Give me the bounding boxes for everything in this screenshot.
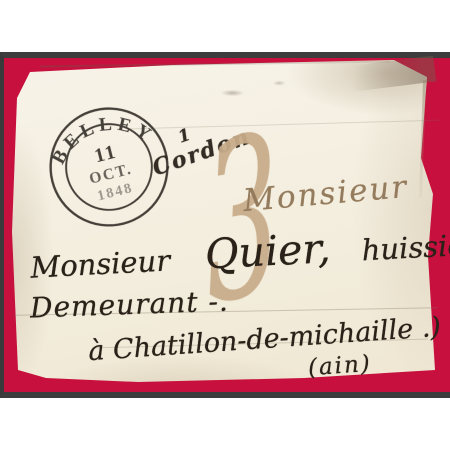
manuscript-tax-3: 3: [200, 134, 285, 311]
address-line-2-word-2: Quier,: [204, 224, 332, 279]
address-line-2-word-3: huissier: [361, 227, 450, 267]
address-line-3: Demeurant -.: [29, 285, 229, 325]
address-line-2-word-1: Monsieur: [30, 243, 171, 284]
photo-of-antique-letter: BELLEY 11 OCT. 1848 1 Cordon 3 Monsieur …: [0, 0, 450, 450]
address-line-5: (ain): [307, 351, 372, 381]
